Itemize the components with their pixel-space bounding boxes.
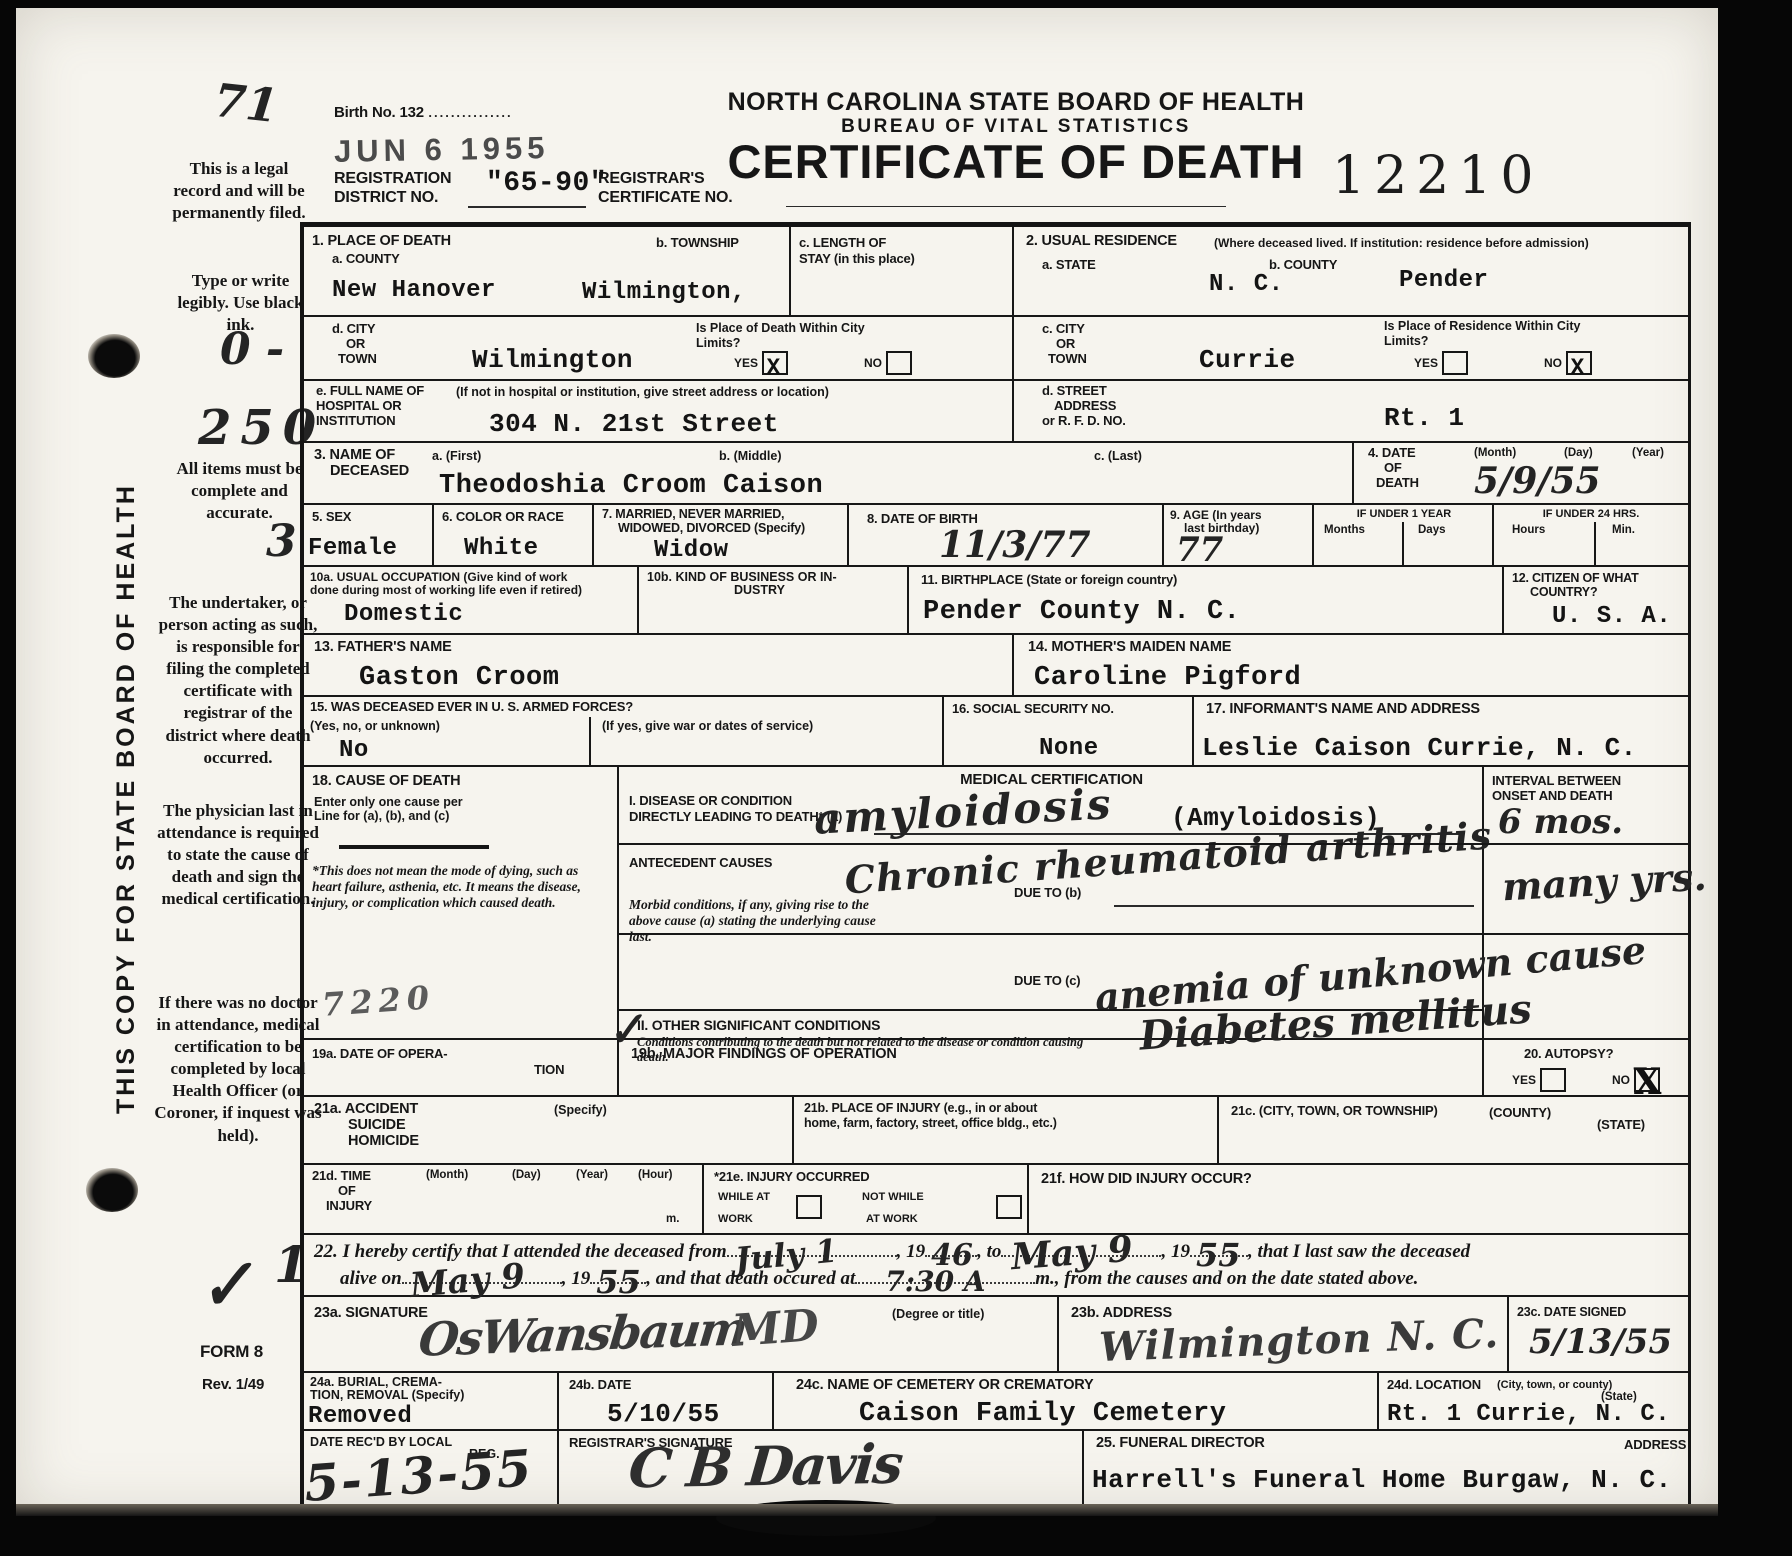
med-cert-line-b	[619, 933, 1688, 935]
burial-label-1: 24a. BURIAL, CREMA-	[310, 1375, 442, 1389]
birth-no-leader: ...............	[428, 105, 512, 120]
city-label-3: TOWN	[338, 351, 377, 366]
due-c-label: DUE TO (c)	[1014, 973, 1080, 988]
marital-label-1: 7. MARRIED, NEVER MARRIED,	[602, 507, 784, 521]
med-cert-line-a	[619, 843, 1688, 845]
address-handwritten: Wilmington N. C.	[1098, 1314, 1499, 1368]
cell-24a-burial: 24a. BURIAL, CREMA- TION, REMOVAL (Speci…	[304, 1373, 559, 1429]
margin-complete-note: All items must be complete and accurate.	[162, 458, 317, 524]
certify-t4: , 19	[1161, 1241, 1190, 1262]
district-no-underline	[468, 206, 586, 208]
address-label: 23b. ADDRESS	[1071, 1305, 1172, 1321]
cell-15-armed-forces: 15. WAS DECEASED EVER IN U. S. ARMED FOR…	[304, 697, 944, 765]
cause-enter-1: Enter only one cause per	[314, 795, 463, 809]
death-certificate-scan: 71 This is a legal record and will be pe…	[0, 0, 1792, 1556]
cell-2-usual-residence: 2. USUAL RESIDENCE (Where deceased lived…	[1014, 227, 1688, 315]
margin-handwritten-3: 3	[266, 520, 297, 564]
informant-label: 17. INFORMANT'S NAME AND ADDRESS	[1206, 701, 1480, 717]
death-limits-yes: YES X	[734, 351, 788, 375]
residence-state-label: a. STATE	[1042, 257, 1096, 272]
months-label: Months	[1324, 524, 1365, 536]
date-received-handwritten: 5-13-55	[303, 1443, 535, 1509]
margin-checkmark: ✓	[195, 1249, 257, 1320]
forces-label: 15. WAS DECEASED EVER IN U. S. ARMED FOR…	[310, 699, 633, 714]
deceased-name-value: Theodoshia Croom Caison	[439, 471, 823, 501]
under-24hr-label: IF UNDER 24 HRS.	[1494, 508, 1688, 520]
res-limits-no: NO X	[1544, 351, 1592, 375]
cell-10b-business: 10b. KIND OF BUSINESS OR IN- DUSTRY	[639, 567, 909, 633]
mother-label: 14. MOTHER'S MAIDEN NAME	[1028, 639, 1231, 655]
certify-hw-y3: 55	[596, 1266, 641, 1298]
street-label-3: or R. F. D. NO.	[1042, 413, 1126, 428]
certify-t3: , to	[977, 1241, 1001, 1262]
certify-blank-y2: 55	[1190, 1255, 1248, 1257]
city-label-1: d. CITY	[332, 321, 375, 336]
res-city-label-3: TOWN	[1048, 351, 1087, 366]
certify-t6: alive on	[340, 1268, 402, 1289]
res-city-label-1: c. CITY	[1042, 321, 1085, 336]
not-while-label-2: AT WORK	[866, 1213, 918, 1225]
county-label: a. COUNTY	[332, 251, 400, 266]
district-no-label: DISTRICT NO.	[334, 189, 438, 207]
certify-blank-y3: 55	[590, 1282, 646, 1284]
citizen-label-1: 12. CITIZEN OF WHAT	[1512, 571, 1639, 585]
certificate-no-label: CERTIFICATE NO.	[598, 189, 732, 207]
cell-1e-hospital: e. FULL NAME OF HOSPITAL OR INSTITUTION …	[304, 381, 1014, 441]
autopsy-yes-checkbox	[1540, 1068, 1566, 1092]
no-x-mark: X	[1570, 355, 1584, 381]
dod-label-3: DEATH	[1376, 475, 1419, 490]
date-signed-label: 23c. DATE SIGNED	[1517, 1305, 1626, 1319]
injury-county-label: (COUNTY)	[1489, 1105, 1551, 1120]
name-last-label: c. (Last)	[1094, 449, 1142, 463]
certificate-number: 12210	[1332, 146, 1542, 206]
certificate-no-underline	[786, 206, 1226, 207]
antecedent-label: ANTECEDENT CAUSES	[629, 855, 772, 870]
row-certify-statement: 22. I hereby certify that I attended the…	[304, 1235, 1688, 1297]
injury-hour-label: (Hour)	[638, 1169, 673, 1181]
cell-21f-how: 21f. HOW DID INJURY OCCUR?	[1029, 1165, 1688, 1233]
hosp-label-2: HOSPITAL OR	[316, 398, 401, 413]
sex-value: Female	[308, 535, 397, 562]
injury-state-label: (STATE)	[1597, 1117, 1645, 1132]
certify-t9: m., from the causes and on the date stat…	[1035, 1268, 1418, 1289]
injury-city-label: 21c. (CITY, TOWN, OR TOWNSHIP)	[1231, 1103, 1438, 1118]
injury-time-label-1: 21d. TIME	[312, 1168, 371, 1183]
cemetery-label: 24c. NAME OF CEMETERY OR CREMATORY	[796, 1377, 1093, 1393]
row-registrar: DATE REC'D BY LOCAL REG. 5-13-55 REGISTR…	[304, 1431, 1688, 1507]
certify-hw-y2: 55	[1196, 1239, 1241, 1271]
location-value: Rt. 1 Currie, N. C.	[1387, 1401, 1670, 1428]
cell-9-under-24hr: IF UNDER 24 HRS. Hours Min.	[1494, 505, 1688, 565]
margin-physician-note: The physician last in attendance is requ…	[156, 800, 320, 910]
row-occupation-birthplace: 10a. USUAL OCCUPATION (Give kind of work…	[304, 567, 1688, 635]
certify-blank-from: July 1	[727, 1255, 897, 1257]
cell-21e-occurred: *21e. INJURY OCCURRED WHILE AT WORK NOT …	[704, 1165, 1029, 1233]
cell-18-cause: 18. CAUSE OF DEATH Enter only one cause …	[304, 767, 619, 1038]
cause-label: 18. CAUSE OF DEATH	[312, 773, 460, 789]
injury-day-label: (Day)	[512, 1169, 541, 1181]
cell-21d-time: 21d. TIME OF INJURY (Month) (Day) (Year)…	[304, 1165, 704, 1233]
cell-interval: INTERVAL BETWEEN ONSET AND DEATH 6 mos. …	[1484, 767, 1688, 1038]
burial-date-value: 5/10/55	[607, 1399, 720, 1429]
name-first-label: a. (First)	[432, 449, 481, 463]
cell-4-date-of-death: 4. DATE OF DEATH (Month) (Day) (Year) 5/…	[1354, 443, 1688, 503]
yes-label: YES	[1512, 1073, 1536, 1087]
cell-registrar-signature: REGISTRAR'S SIGNATURE C B Davis	[559, 1431, 1084, 1504]
certify-t7: , 19	[562, 1268, 591, 1289]
stay-label-2: STAY (in this place)	[799, 251, 915, 266]
cell-24c-cemetery: 24c. NAME OF CEMETERY OR CREMATORY Caiso…	[774, 1373, 1379, 1429]
res-limits-yes: YES	[1414, 351, 1468, 375]
while-at-label-1: WHILE AT	[718, 1191, 770, 1203]
forces-divider	[589, 717, 591, 765]
place-injury-label-2: home, farm, factory, street, office bldg…	[804, 1116, 1057, 1130]
cell-14-mother: 14. MOTHER'S MAIDEN NAME Caroline Pigfor…	[1014, 635, 1688, 695]
cell-19a-operation-date: 19a. DATE OF OPERA- TION	[304, 1040, 619, 1095]
township-value: Wilmington,	[582, 279, 746, 306]
received-date-stamp: JUN 6 1955	[334, 130, 550, 170]
hosp-note: (If not in hospital or institution, give…	[456, 385, 829, 399]
scan-shadow-bottom	[16, 1504, 1718, 1516]
findings-label: 19b. MAJOR FINDINGS OF OPERATION	[631, 1046, 897, 1062]
certify-blank-alive: May 9	[402, 1282, 562, 1284]
cemetery-value: Caison Family Cemetery	[859, 1399, 1226, 1429]
cell-16-ssn: 16. SOCIAL SECURITY NO. None	[944, 697, 1194, 765]
cell-6-race: 6. COLOR OR RACE White	[434, 505, 594, 565]
interval-label-2: ONSET AND DEATH	[1492, 788, 1613, 803]
county-value: New Hanover	[332, 277, 496, 304]
death-limits-no-checkbox	[886, 351, 912, 375]
while-at-label-2: WORK	[718, 1213, 753, 1225]
other-conditions-label: II. OTHER SIGNIFICANT CONDITIONS	[637, 1017, 880, 1033]
registration-label: REGISTRATION	[334, 170, 451, 188]
informant-value: Leslie Caison Currie, N. C.	[1202, 733, 1637, 763]
place-of-death-label: 1. PLACE OF DEATH	[312, 233, 451, 249]
father-label: 13. FATHER'S NAME	[314, 639, 452, 655]
autopsy-no: NO X	[1612, 1068, 1660, 1092]
yes-label: YES	[734, 356, 758, 370]
burial-date-label: 24b. DATE	[569, 1377, 631, 1392]
res-limits-q1: Is Place of Residence Within City	[1384, 319, 1580, 333]
cell-1c-length-of-stay: c. LENGTH OF STAY (in this place)	[791, 227, 1014, 315]
row-forces-ssn-informant: 15. WAS DECEASED EVER IN U. S. ARMED FOR…	[304, 697, 1688, 767]
cell-12-citizen: 12. CITIZEN OF WHAT COUNTRY? U. S. A.	[1504, 567, 1688, 633]
occupation-value: Domestic	[344, 601, 463, 628]
row-place-residence: 1. PLACE OF DEATH a. COUNTY b. TOWNSHIP …	[304, 227, 1688, 317]
burial-label-2: TION, REMOVAL (Specify)	[310, 1388, 464, 1402]
hours-label: Hours	[1512, 524, 1545, 536]
accident-specify: (Specify)	[554, 1103, 607, 1117]
street-value: Rt. 1	[1384, 403, 1465, 433]
certificate-title: CERTIFICATE OF DEATH	[616, 134, 1416, 189]
cell-23c-date-signed: 23c. DATE SIGNED 5/13/55	[1509, 1297, 1688, 1371]
certify-blank-time: 7:30 A	[855, 1282, 1035, 1284]
stay-label-1: c. LENGTH OF	[799, 235, 886, 250]
residence-state-value: N. C.	[1209, 271, 1284, 298]
age-value: 77	[1176, 533, 1223, 567]
row-parents: 13. FATHER'S NAME Gaston Croom 14. MOTHE…	[304, 635, 1688, 697]
yes-x-mark: X	[766, 355, 780, 381]
min-label: Min.	[1612, 524, 1635, 536]
res-limits-q2: Limits?	[1384, 334, 1428, 348]
date-signed-handwritten: 5/13/55	[1529, 1325, 1672, 1359]
res-limits-no-checkbox: X	[1566, 351, 1592, 375]
punch-hole-bottom	[86, 1168, 138, 1212]
punch-hole-top	[88, 334, 140, 378]
morbid-note: Morbid conditions, if any, giving rise t…	[629, 897, 879, 946]
days-label: Days	[1418, 524, 1446, 536]
no-label: NO	[864, 356, 882, 370]
usual-residence-label: 2. USUAL RESIDENCE	[1026, 233, 1177, 249]
cell-21a-accident: 21a. ACCIDENT SUICIDE HOMICIDE (Specify)	[304, 1097, 794, 1163]
death-limits-q1: Is Place of Death Within City	[696, 321, 865, 335]
margin-handwritten-71: 71	[212, 77, 280, 129]
cell-1-place-of-death: 1. PLACE OF DEATH a. COUNTY b. TOWNSHIP …	[304, 227, 791, 315]
res-city-value: Currie	[1199, 345, 1296, 375]
row-burial: 24a. BURIAL, CREMA- TION, REMOVAL (Speci…	[304, 1373, 1688, 1431]
dod-label-1: 4. DATE	[1368, 445, 1415, 460]
row-sex-age: 5. SEX Female 6. COLOR OR RACE White 7. …	[304, 505, 1688, 567]
location-label: 24d. LOCATION	[1387, 1377, 1481, 1392]
row-city-limits: d. CITY OR TOWN Wilmington Is Place of D…	[304, 317, 1688, 381]
dod-month-label: (Month)	[1474, 447, 1516, 459]
cell-9-under-1yr: IF UNDER 1 YEAR Months Days	[1314, 505, 1494, 565]
cell-25-funeral-director: 25. FUNERAL DIRECTOR ADDRESS Harrell's F…	[1084, 1431, 1688, 1504]
cause-enter-2: Line for (a), (b), and (c)	[314, 809, 449, 823]
cause-divider-rule	[339, 845, 489, 849]
hosp-label-1: e. FULL NAME OF	[316, 383, 424, 398]
margin-legal-note: This is a legal record and will be perma…	[164, 158, 314, 224]
death-limits-yes-checkbox: X	[762, 351, 788, 375]
operation-date-label-1: 19a. DATE OF OPERA-	[312, 1046, 447, 1061]
cause-footnote: *This does not mean the mode of dying, s…	[312, 863, 602, 912]
under-1yr-label: IF UNDER 1 YEAR	[1314, 508, 1494, 520]
certify-hw-time: 7:30 A	[885, 1268, 985, 1296]
name-label-1: 3. NAME OF	[314, 447, 395, 463]
age-label-1: 9. AGE (In years	[1170, 508, 1262, 522]
row-injury-time: 21d. TIME OF INJURY (Month) (Day) (Year)…	[304, 1165, 1688, 1235]
no-label: NO	[1612, 1073, 1630, 1087]
citizen-label-2: COUNTRY?	[1530, 585, 1597, 599]
cell-date-received: DATE REC'D BY LOCAL REG. 5-13-55	[304, 1431, 559, 1504]
form-grid: 1. PLACE OF DEATH a. COUNTY b. TOWNSHIP …	[300, 222, 1691, 1507]
city-value: Wilmington	[472, 345, 633, 375]
occupation-label-2: done during most of working life even if…	[310, 583, 582, 597]
dod-year-label: (Year)	[1632, 447, 1664, 459]
father-value: Gaston Croom	[359, 663, 559, 693]
location-note: (City, town, or county)	[1497, 1379, 1612, 1391]
cell-3-name: 3. NAME OF DECEASED a. (First) b. (Middl…	[304, 443, 1354, 503]
cell-23a-signature: 23a. SIGNATURE (Degree or title) OsWansb…	[304, 1297, 1059, 1371]
residence-county-value: Pender	[1399, 267, 1488, 294]
margin-undertaker-note: The undertaker, or person acting as such…	[158, 592, 318, 769]
not-while-label-1: NOT WHILE	[862, 1191, 924, 1203]
autopsy-yes: YES	[1512, 1068, 1566, 1092]
interval-a-value: 6 mos.	[1498, 805, 1623, 839]
margin-handwritten-0: 0 -	[220, 328, 284, 372]
row-hospital-street: e. FULL NAME OF HOSPITAL OR INSTITUTION …	[304, 381, 1688, 443]
place-injury-label-1: 21b. PLACE OF INJURY (e.g., in or about	[804, 1101, 1037, 1115]
death-limits-q2: Limits?	[696, 336, 740, 350]
forces-value: No	[339, 737, 369, 764]
cell-24d-location: 24d. LOCATION (City, town, or county) (S…	[1379, 1373, 1688, 1429]
birthplace-label: 11. BIRTHPLACE (State or foreign country…	[921, 572, 1177, 587]
sex-label: 5. SEX	[312, 509, 351, 524]
certify-blank-y1: 46	[925, 1255, 977, 1257]
injury-year-label: (Year)	[576, 1169, 608, 1181]
injury-month-label: (Month)	[426, 1169, 468, 1181]
interval-label-1: INTERVAL BETWEEN	[1492, 773, 1621, 788]
margin-vertical-text: THIS COPY FOR STATE BOARD OF HEALTH	[112, 574, 141, 1114]
cell-17-informant: 17. INFORMANT'S NAME AND ADDRESS Leslie …	[1194, 697, 1688, 765]
res-city-label-2: OR	[1056, 336, 1075, 351]
accident-label-3: HOMICIDE	[348, 1133, 419, 1149]
cell-8-dob: 8. DATE OF BIRTH 11/3/77	[849, 505, 1164, 565]
row-name-dod: 3. NAME OF DECEASED a. (First) b. (Middl…	[304, 443, 1688, 505]
cell-24b-date: 24b. DATE 5/10/55	[559, 1373, 774, 1429]
accident-label-2: SUICIDE	[348, 1117, 405, 1133]
race-value: White	[464, 535, 539, 562]
certify-t8: , and that death occured at	[646, 1268, 855, 1289]
certify-t2: , 19	[897, 1241, 926, 1262]
funeral-director-label: 25. FUNERAL DIRECTOR	[1096, 1435, 1265, 1451]
race-label: 6. COLOR OR RACE	[442, 509, 564, 524]
certify-line-2: alive onMay 9, 1955, and that death occu…	[340, 1268, 1418, 1290]
no-label: NO	[1544, 356, 1562, 370]
funeral-address-label: ADDRESS	[1624, 1437, 1686, 1452]
form-number: FORM 8	[200, 1342, 263, 1362]
hosp-label-3: INSTITUTION	[316, 413, 395, 428]
cell-13-father: 13. FATHER'S NAME Gaston Croom	[304, 635, 1014, 695]
operation-date-label-2: TION	[534, 1062, 564, 1077]
row-signature: 23a. SIGNATURE (Degree or title) OsWansb…	[304, 1297, 1688, 1373]
cell-23b-address: 23b. ADDRESS Wilmington N. C.	[1059, 1297, 1509, 1371]
district-no-value: "65-90"	[486, 168, 607, 199]
usual-residence-note: (Where deceased lived. If institution: r…	[1214, 236, 1589, 250]
occupation-label-1: 10a. USUAL OCCUPATION (Give kind of work	[310, 570, 567, 584]
physician-signature-md: MD	[731, 1304, 821, 1354]
name-label-2: DECEASED	[330, 463, 409, 479]
township-label: b. TOWNSHIP	[656, 235, 739, 250]
marital-value: Widow	[654, 537, 729, 564]
forces-sub1: (Yes, no, or unknown)	[310, 719, 440, 733]
business-label-2: DUSTRY	[734, 583, 785, 597]
not-while-at-work-checkbox	[996, 1195, 1022, 1219]
citizen-value: U. S. A.	[1552, 603, 1671, 630]
injury-occurred-label: *21e. INJURY OCCURRED	[714, 1169, 869, 1184]
how-injury-label: 21f. HOW DID INJURY OCCUR?	[1041, 1171, 1252, 1187]
business-label-1: 10b. KIND OF BUSINESS OR IN-	[647, 570, 837, 584]
cell-2d-street: d. STREET ADDRESS or R. F. D. NO. Rt. 1	[1014, 381, 1688, 441]
res-limits-yes-checkbox	[1442, 351, 1468, 375]
form-revision: Rev. 1/49	[202, 1376, 264, 1393]
cell-21c-city: 21c. (CITY, TOWN, OR TOWNSHIP) (COUNTY) …	[1219, 1097, 1688, 1163]
cell-7-marital: 7. MARRIED, NEVER MARRIED, WIDOWED, DIVO…	[594, 505, 849, 565]
months-days-divider	[1402, 522, 1404, 565]
degree-label: (Degree or title)	[892, 1307, 984, 1321]
cell-11-birthplace: 11. BIRTHPLACE (State or foreign country…	[909, 567, 1504, 633]
cell-2c-city: c. CITY OR TOWN Currie Is Place of Resid…	[1014, 317, 1688, 379]
row-injury-place: 21a. ACCIDENT SUICIDE HOMICIDE (Specify)…	[304, 1097, 1688, 1165]
funeral-director-value: Harrell's Funeral Home Burgaw, N. C.	[1092, 1465, 1672, 1495]
certify-t5: , that I last saw the deceased	[1248, 1241, 1470, 1262]
certify-blank-to: May 9	[1001, 1255, 1161, 1257]
death-limits-no: NO	[864, 351, 912, 375]
dod-value: 5/9/55	[1474, 463, 1601, 499]
dod-label-2: OF	[1384, 460, 1402, 475]
cell-10a-occupation: 10a. USUAL OCCUPATION (Give kind of work…	[304, 567, 639, 633]
cell-5-sex: 5. SEX Female	[304, 505, 434, 565]
birthplace-value: Pender County N. C.	[923, 597, 1240, 627]
cause-handwritten-code: 7220	[321, 981, 436, 1021]
board-title: NORTH CAROLINA STATE BOARD OF HEALTH	[616, 88, 1416, 117]
margin-no-doctor-note: If there was no doctor in attendance, me…	[154, 992, 322, 1147]
disease-label-1: I. DISEASE OR CONDITION	[629, 793, 792, 808]
dob-value: 11/3/77	[939, 527, 1091, 563]
disease-label-2: DIRECTLY LEADING TO DEATH* (a)	[629, 809, 842, 824]
cell-20-autopsy: 20. AUTOPSY? YES NO X	[1484, 1040, 1688, 1095]
interval-b-value: many yrs.	[1501, 858, 1707, 907]
burial-value: Removed	[308, 1403, 412, 1430]
cell-21b-place-injury: 21b. PLACE OF INJURY (e.g., in or about …	[794, 1097, 1219, 1163]
autopsy-label: 20. AUTOPSY?	[1524, 1046, 1613, 1061]
autopsy-no-checkbox: X	[1634, 1068, 1660, 1092]
paper: 71 This is a legal record and will be pe…	[16, 8, 1718, 1516]
mother-value: Caroline Pigford	[1034, 663, 1301, 693]
registrar-signature-handwritten: C B Davis	[627, 1437, 904, 1496]
forces-sub2: (If yes, give war or dates of service)	[602, 719, 813, 733]
ssn-value: None	[1039, 735, 1099, 762]
marital-label-2: WIDOWED, DIVORCED (Specify)	[618, 521, 805, 535]
accident-label-1: 21a. ACCIDENT	[314, 1101, 418, 1117]
cell-medical-certification: MEDICAL CERTIFICATION I. DISEASE OR COND…	[619, 767, 1484, 1038]
street-label-2: ADDRESS	[1054, 398, 1116, 413]
city-label-2: OR	[346, 336, 365, 351]
cell-9-age: 9. AGE (In years last birthday) 77	[1164, 505, 1314, 565]
med-cert-line-c	[619, 1009, 1484, 1011]
row-operation-autopsy: 19a. DATE OF OPERA- TION 19b. MAJOR FIND…	[304, 1040, 1688, 1097]
due-b-underline	[1114, 905, 1474, 907]
birth-no-label: Birth No. 132	[334, 104, 424, 121]
yes-label: YES	[1414, 356, 1438, 370]
hours-min-divider	[1594, 522, 1596, 565]
injury-time-label-2: OF	[338, 1183, 356, 1198]
injury-m-label: m.	[666, 1213, 679, 1225]
name-middle-label: b. (Middle)	[719, 449, 782, 463]
signature-label: 23a. SIGNATURE	[314, 1305, 428, 1321]
ssn-label: 16. SOCIAL SECURITY NO.	[952, 701, 1114, 716]
dod-day-label: (Day)	[1564, 447, 1593, 459]
cell-19b-findings: 19b. MAJOR FINDINGS OF OPERATION	[619, 1040, 1484, 1095]
birth-no-line: Birth No. 132 ...............	[334, 104, 513, 122]
physician-signature: OsWansbaum	[417, 1305, 749, 1363]
while-at-work-checkbox	[796, 1195, 822, 1219]
street-label-1: d. STREET	[1042, 383, 1107, 398]
cell-1d-city: d. CITY OR TOWN Wilmington Is Place of D…	[304, 317, 1014, 379]
residence-county-label: b. COUNTY	[1269, 257, 1337, 272]
hosp-address-value: 304 N. 21st Street	[489, 409, 779, 439]
row-medical-certification: 18. CAUSE OF DEATH Enter only one cause …	[304, 767, 1688, 1040]
injury-time-label-3: INJURY	[326, 1198, 372, 1213]
